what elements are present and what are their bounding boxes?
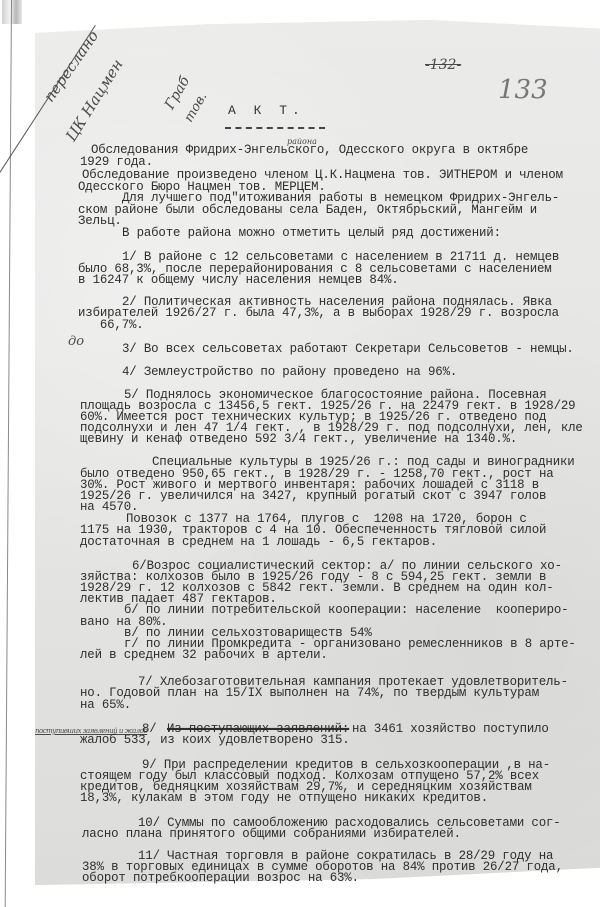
item-7-line: на 65%. <box>80 700 131 712</box>
item-2-line: 66,7%. <box>78 320 144 332</box>
item-4-line: 4/ Землеустройство по району проведено н… <box>122 367 457 379</box>
item-6-line: б/ по линии потребительской кооперации: … <box>124 605 568 617</box>
item-8-line: жалоб 533, из коих удовлетворено 315. <box>80 735 350 747</box>
document-title: А К Т. <box>228 103 305 118</box>
item-7-line: но. Годовой план на 15/IX выполнен на 74… <box>80 688 539 700</box>
intro-line: В работе района можно отметить целый ряд… <box>122 228 501 240</box>
intro-line: Зельц. <box>78 216 122 228</box>
item-6-line: лей в среднем 32 рабочих в артели. <box>80 650 328 662</box>
item-5b-line: достаточная в среднем на 1 лошадь - 6,5 … <box>80 537 437 549</box>
item-11-line: оборот потребкооперации возрос на 63%. <box>82 873 359 885</box>
item-1-line: в 16247 к общему числу населения немцев … <box>78 275 399 287</box>
new-page-number: 133 <box>498 75 548 105</box>
item-10-line: ласно плана принятого общими собраниями … <box>82 829 461 841</box>
item-9-line: 18,3%, кулакам в этом году не отпущено н… <box>80 793 488 805</box>
binding-clip <box>2 0 22 24</box>
item-3-line: 3/ Во всех сельсоветах работают Секретар… <box>122 344 574 356</box>
item-5a-line: 1925/26 г. увеличился на 3427, крупный р… <box>80 491 546 503</box>
intro-line: ском районе были обследованы села Баден,… <box>78 205 537 217</box>
binding-line <box>5 0 12 907</box>
item-2-line: избирателей 1926/27 г. была 47,3%, а в в… <box>78 308 559 320</box>
margin-note-item2: до <box>68 334 84 349</box>
old-page-number: -132- <box>425 57 461 73</box>
title-underline <box>225 127 325 129</box>
intro-line: Обследования Фридрих-Энгельского, Одесск… <box>91 145 528 157</box>
item-8-line: на 3461 хозяйство поступило <box>352 724 549 736</box>
item-5-line: щевину и кенаф отведено 592 3/4 гект., у… <box>80 434 517 446</box>
